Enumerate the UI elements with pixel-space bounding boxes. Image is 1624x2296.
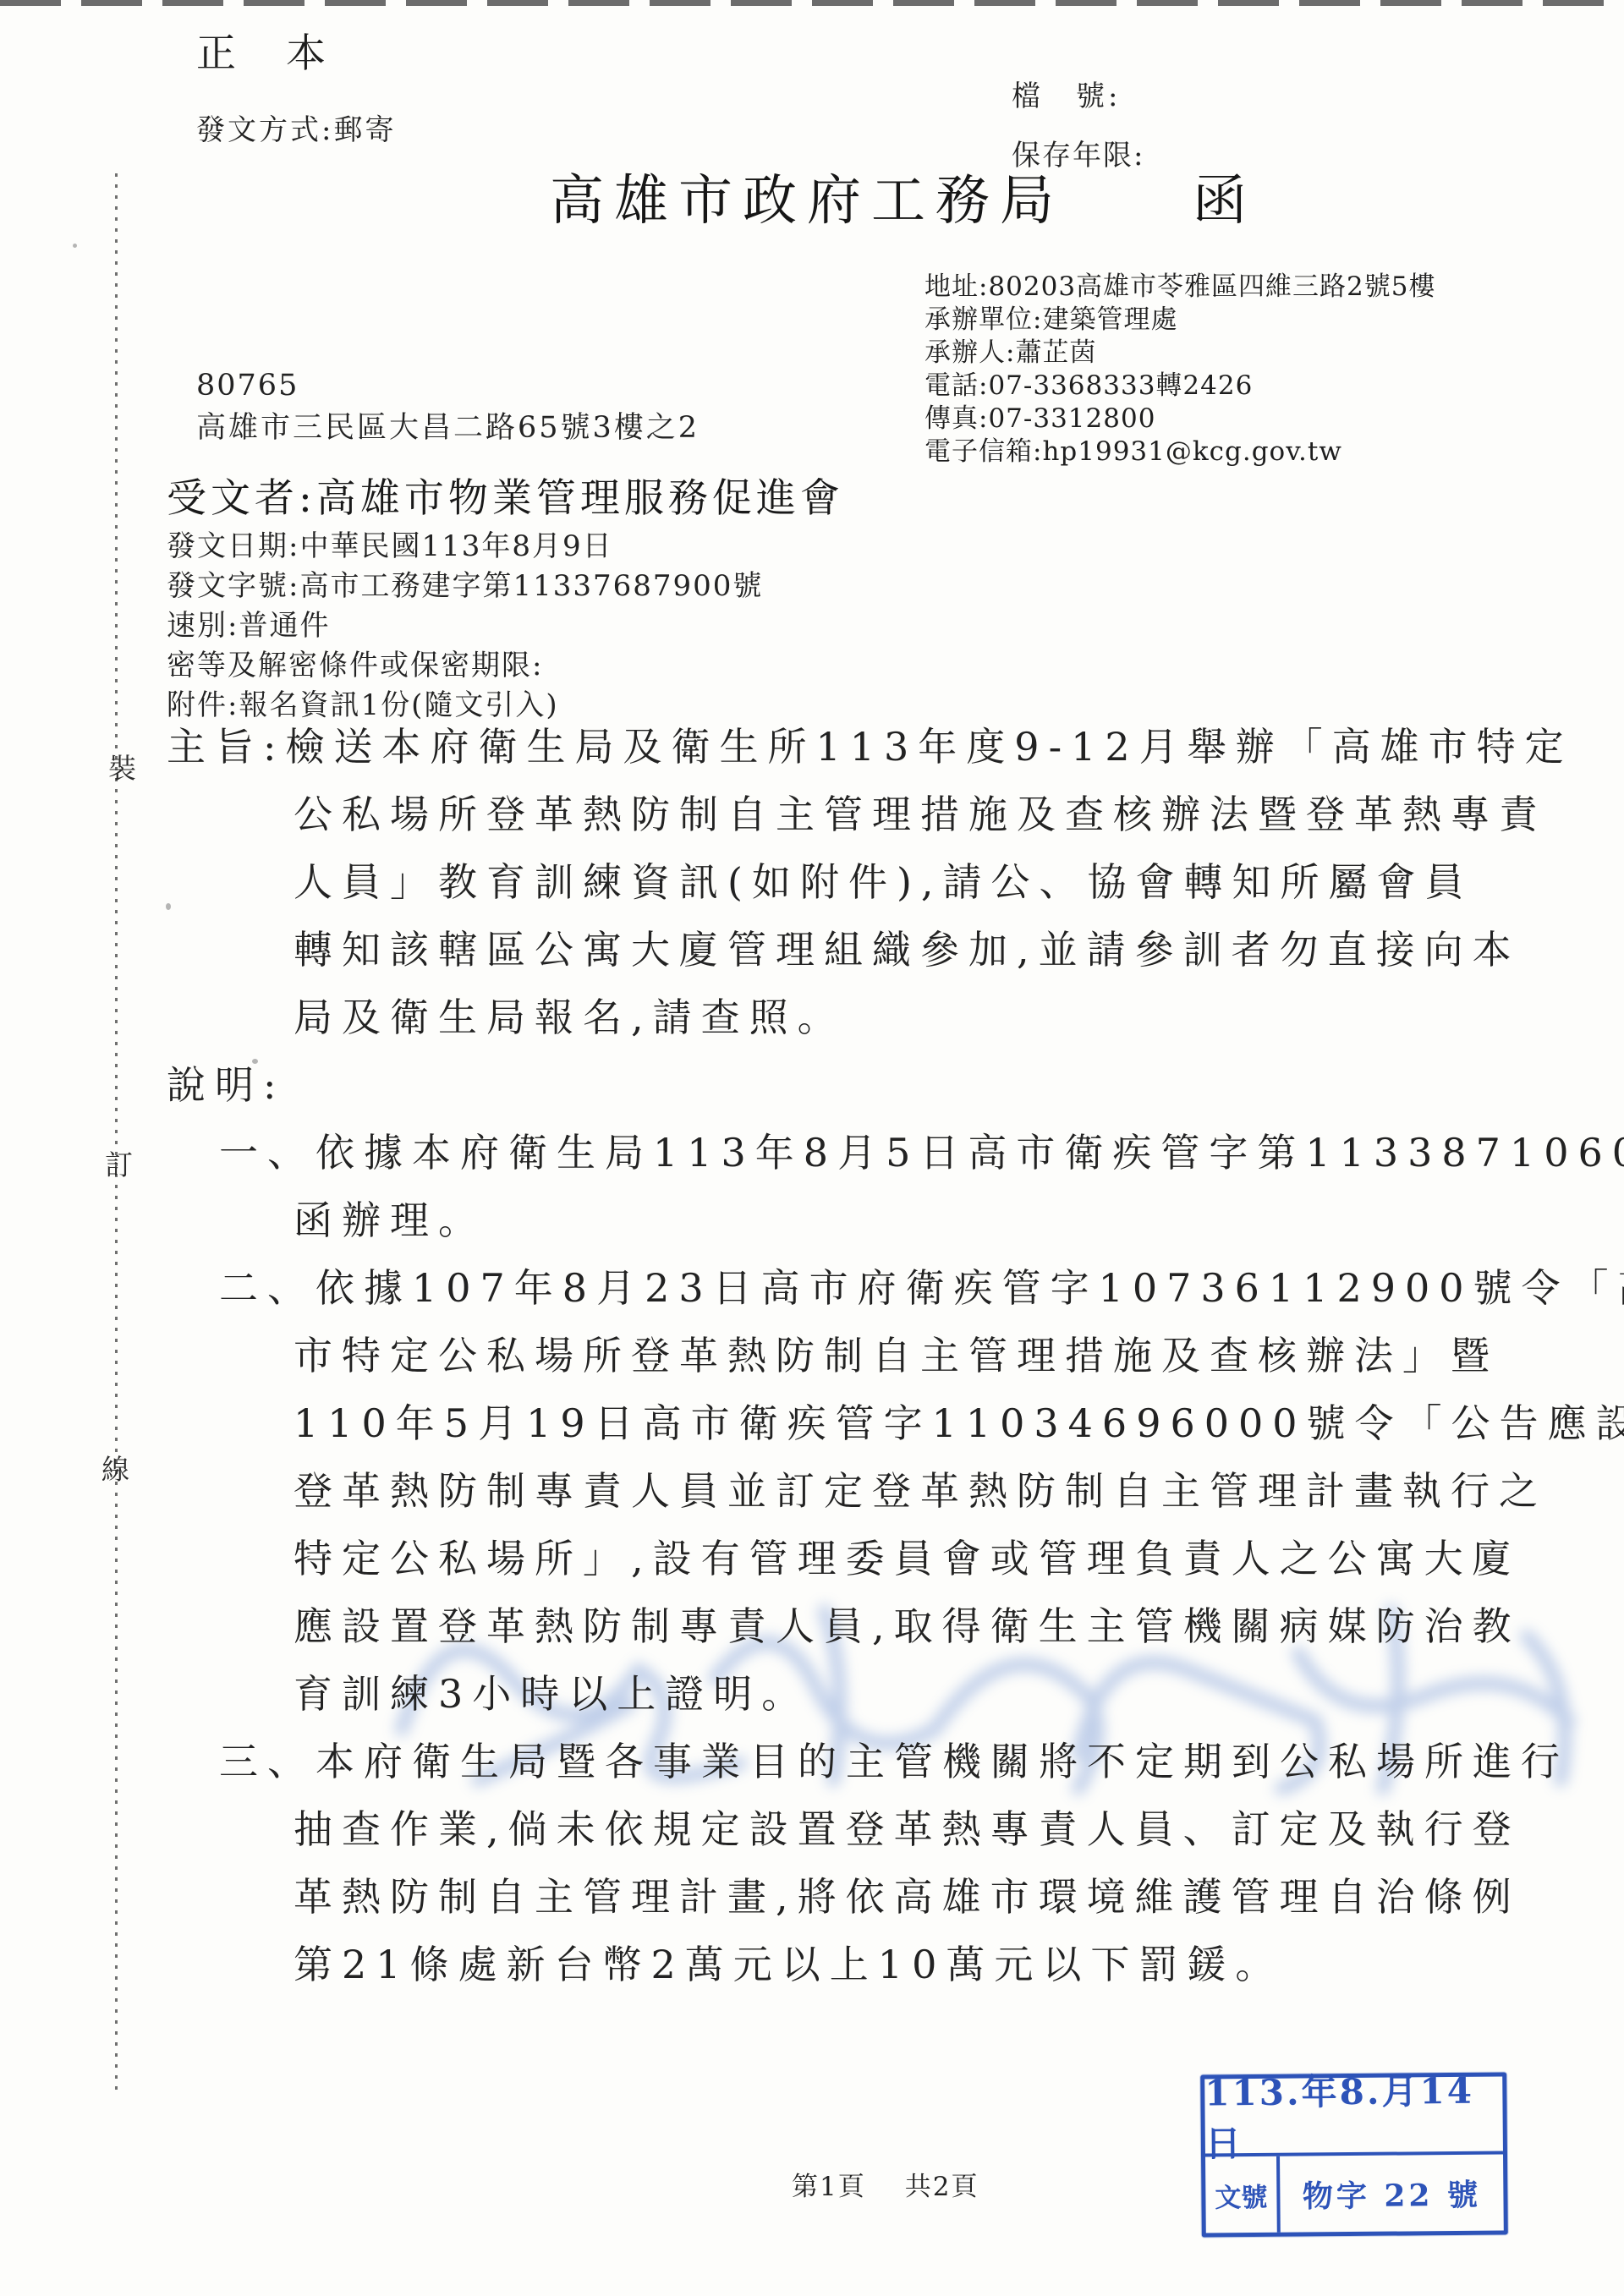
explanation-heading: 說明: xyxy=(167,1051,1571,1119)
scan-speck xyxy=(73,244,77,248)
send-method-label: 發文方式:郵寄 xyxy=(196,107,396,148)
page-total: 共2頁 xyxy=(905,2165,979,2203)
explanation-item-2-line: 應設置登革熱防制專責人員,取得衛生主管機關病媒防治教 xyxy=(167,1592,1571,1660)
sender-contact-block: 地址:80203高雄市苓雅區四維三路2號5樓 承辦單位:建築管理處 承辦人:蕭芷… xyxy=(924,271,1436,469)
stamp-docno-label: 文號 xyxy=(1205,2156,1281,2233)
secrecy-class: 密等及解密條件或保密期限: xyxy=(167,646,763,686)
explanation-item-3-line: 抽查作業,倘未依規定設置登革熱專責人員、訂定及執行登 xyxy=(167,1795,1571,1863)
explanation-item-2-line: 登革熱防制專責人員並訂定登革熱防制自主管理計畫執行之 xyxy=(167,1457,1571,1525)
document-meta-block: 發文日期:中華民國113年8月9日 發文字號:高市工務建字第1133768790… xyxy=(167,527,763,726)
document-title: 高雄市政府工務局 函 xyxy=(550,157,1257,235)
binding-margin-char: 裝 xyxy=(108,747,136,786)
subject-line: 局及衛生局報名,請查照。 xyxy=(167,984,1571,1051)
explanation-item-2-line: 市特定公私場所登革熱防制自主管理措施及查核辦法」暨 xyxy=(167,1322,1571,1389)
binding-dotted-line xyxy=(115,173,118,2097)
item-number: 一、 xyxy=(219,1130,315,1175)
sender-fax: 傳真:07-3312800 xyxy=(924,403,1436,436)
explanation-item-2-line: 110年5月19日高市衛疾管字11034696000號令「公告應設置 xyxy=(167,1389,1571,1457)
subject-label: 主旨: xyxy=(167,724,286,770)
scanner-edge-artifact xyxy=(0,0,1624,6)
item-number: 二、 xyxy=(219,1265,315,1311)
explanation-item-2-line: 二、依據107年8月23日高市府衛疾管字10736112900號令「高雄 xyxy=(167,1254,1571,1322)
received-date-stamp: 113.年8.月14日 文號 物字 22 號 xyxy=(1200,2072,1508,2237)
explanation-item-1-line: 一、依據本府衛生局113年8月5日高市衛疾管字第11338710600號 xyxy=(167,1119,1571,1186)
stamp-date: 113.年8.月14日 xyxy=(1204,2076,1503,2156)
page-number: 第1頁 xyxy=(792,2165,866,2203)
subject-line: 主旨:檢送本府衛生局及衛生所113年度9-12月舉辦「高雄市特定 xyxy=(167,713,1571,781)
letter-body: 主旨:檢送本府衛生局及衛生所113年度9-12月舉辦「高雄市特定 公私場所登革熱… xyxy=(167,713,1571,1998)
sender-phone: 電話:07-3368333轉2426 xyxy=(924,370,1436,403)
sender-email: 電子信箱:hp19931@kcg.gov.tw xyxy=(924,436,1436,469)
recipient-line: 受文者:高雄市物業管理服務促進會 xyxy=(167,467,844,523)
sender-address: 地址:80203高雄市苓雅區四維三路2號5樓 xyxy=(924,271,1436,304)
stamp-bottom-row: 文號 物字 22 號 xyxy=(1205,2154,1504,2233)
page-footer: 第1頁 共2頁 xyxy=(792,2165,979,2203)
item-number: 三、 xyxy=(219,1739,315,1784)
stamp-docno-value: 物字 22 號 xyxy=(1280,2154,1504,2232)
recipient-address: 高雄市三民區大昌二路65號3樓之2 xyxy=(196,404,700,447)
explanation-item-3-line: 第21條處新台幣2萬元以上10萬元以下罰鍰。 xyxy=(167,1931,1571,1998)
explanation-item-1-line: 函辦理。 xyxy=(167,1186,1571,1254)
speed-class: 速別:普通件 xyxy=(167,606,763,646)
explanation-item-3-line: 三、本府衛生局暨各事業目的主管機關將不定期到公私場所進行 xyxy=(167,1728,1571,1795)
subject-line: 人員」教育訓練資訊(如附件),請公、協會轉知所屬會員 xyxy=(167,848,1571,916)
sender-unit: 承辦單位:建築管理處 xyxy=(924,304,1436,337)
binding-margin-char: 線 xyxy=(101,1448,129,1488)
explanation-item-2-line: 特定公私場所」,設有管理委員會或管理負責人之公寓大廈 xyxy=(167,1525,1571,1592)
recipient-postal-code: 80765 xyxy=(196,369,299,403)
explanation-item-3-line: 革熱防制自主管理計畫,將依高雄市環境維護管理自治條例 xyxy=(167,1863,1571,1931)
subject-line: 公私場所登革熱防制自主管理措施及查核辦法暨登革熱專責 xyxy=(167,781,1571,848)
sender-person: 承辦人:蕭芷茵 xyxy=(924,337,1436,370)
scanned-official-letter: { "header": { "copy_type": "正 本", "send_… xyxy=(0,0,1624,2296)
subject-line: 轉知該轄區公寓大廈管理組織參加,並請參訓者勿直接向本 xyxy=(167,916,1571,984)
file-number-label: 檔 號: xyxy=(1012,73,1121,114)
issue-date: 發文日期:中華民國113年8月9日 xyxy=(167,527,763,567)
issue-doc-number: 發文字號:高市工務建字第11337687900號 xyxy=(167,567,763,606)
copy-type-label: 正 本 xyxy=(196,22,331,79)
binding-margin-char: 訂 xyxy=(105,1143,133,1183)
explanation-item-2-line: 育訓練3小時以上證明。 xyxy=(167,1660,1571,1728)
